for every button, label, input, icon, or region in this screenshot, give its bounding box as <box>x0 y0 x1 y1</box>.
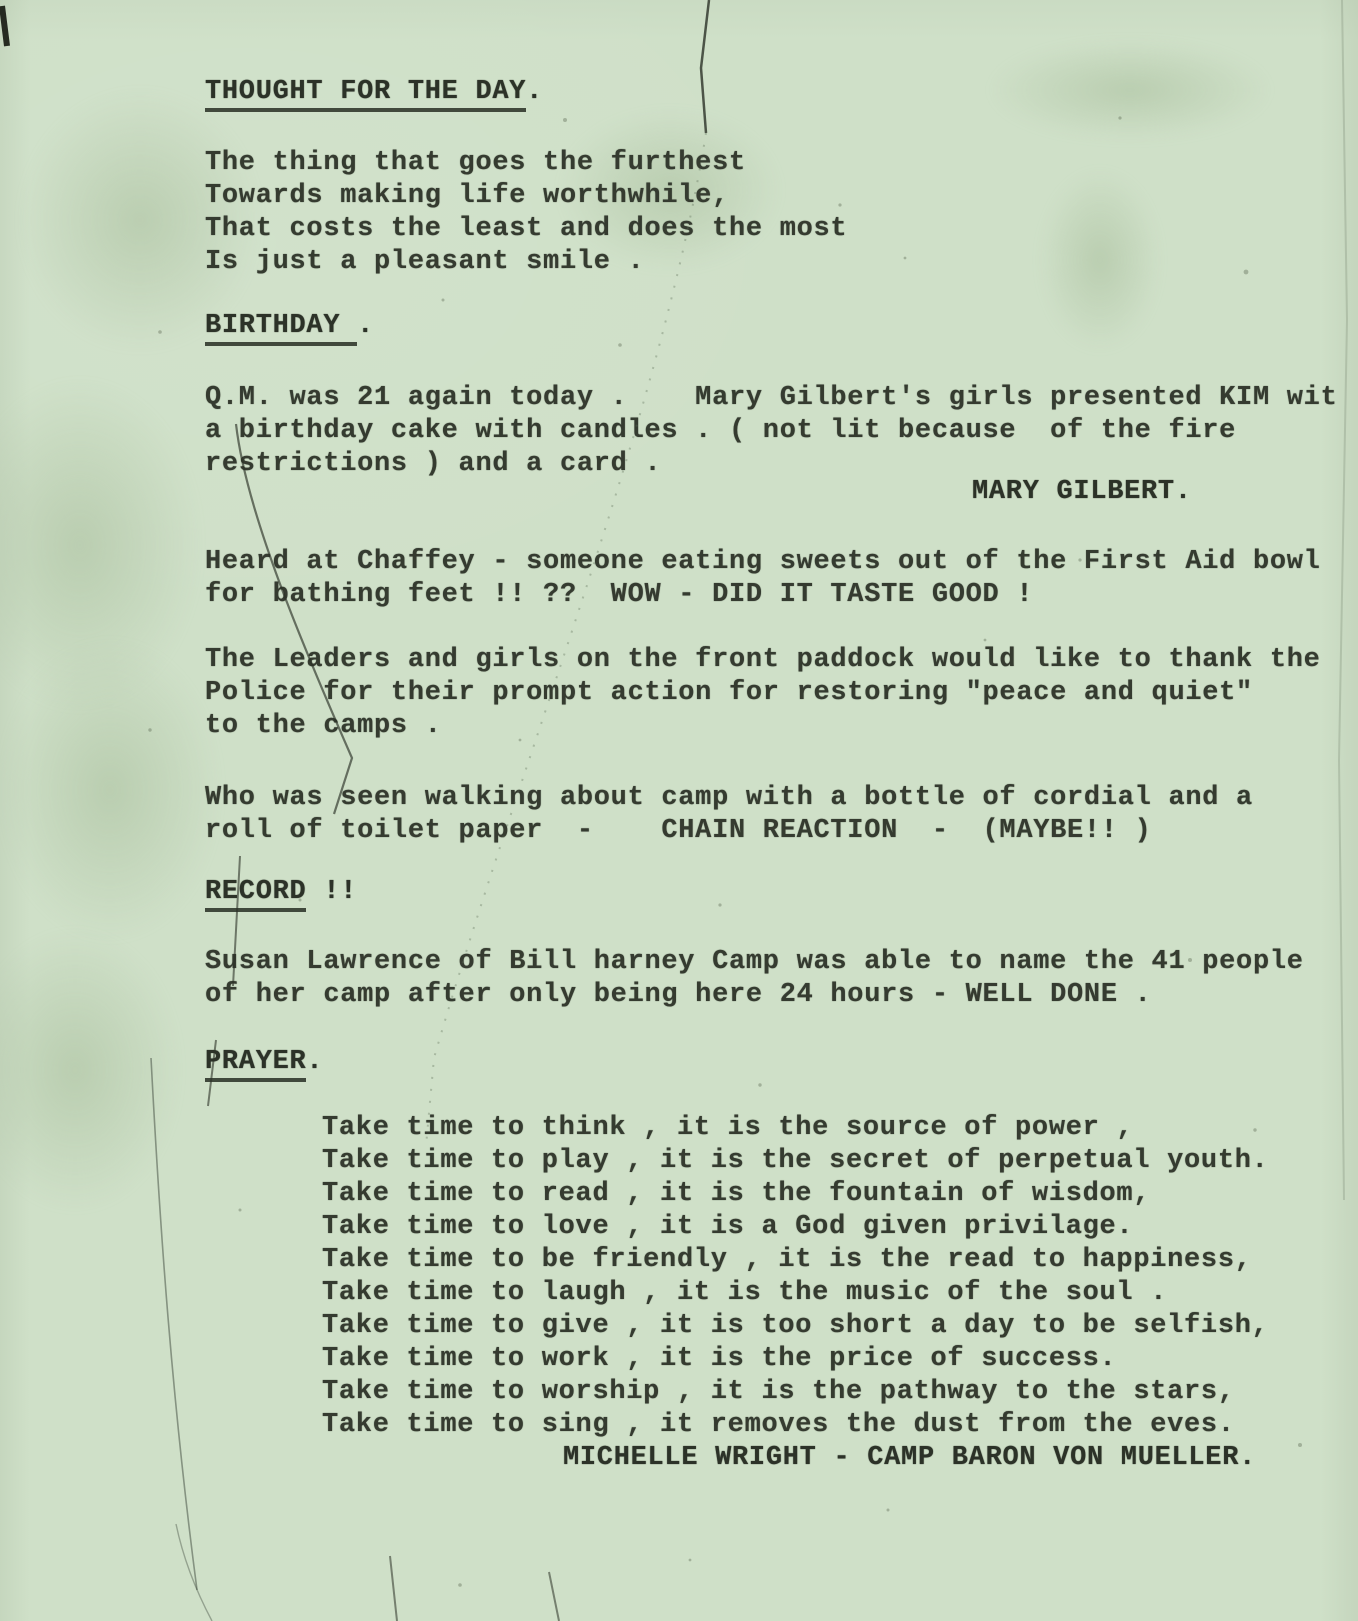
paragraph-line: of her camp after only being here 24 hou… <box>205 979 1304 1012</box>
edge-mark <box>2 6 7 46</box>
leaders-paragraph: The Leaders and girls on the front paddo… <box>205 644 1321 743</box>
section-heading-record: RECORD !! <box>205 876 357 909</box>
section-heading-prayer: PRAYER. <box>205 1046 323 1079</box>
prayer-poem: Take time to think , it is the source of… <box>322 1112 1269 1442</box>
paragraph-line: to the camps . <box>205 710 1321 743</box>
paragraph-line: Who was seen walking about camp with a b… <box>205 782 1253 815</box>
heading-trailing-text: . <box>306 1047 323 1077</box>
heard-paragraph: Heard at Chaffey - someone eating sweets… <box>205 546 1321 612</box>
poem-line: The thing that goes the furthest <box>205 147 847 180</box>
showthrough-ghost <box>0 380 200 710</box>
showthrough-ghost <box>0 640 220 940</box>
paragraph-line: a birthday cake with candles . ( not lit… <box>205 415 1337 448</box>
section-birthday: BIRTHDAY . <box>205 310 374 343</box>
showthrough-ghost <box>0 930 180 1210</box>
paragraph-line: Police for their prompt action for resto… <box>205 677 1321 710</box>
paragraph-line: Susan Lawrence of Bill harney Camp was a… <box>205 946 1304 979</box>
poem-line: Is just a pleasant smile . <box>205 246 847 279</box>
heading-trailing-text: !! <box>306 877 357 907</box>
thought-poem: The thing that goes the furthest Towards… <box>205 147 847 279</box>
poem-line: Take time to work , it is the price of s… <box>322 1343 1269 1376</box>
poem-line: Take time to be friendly , it is the rea… <box>322 1244 1269 1277</box>
heading-trailing-text: . <box>526 77 543 107</box>
paragraph-line: The Leaders and girls on the front paddo… <box>205 644 1321 677</box>
section-record: RECORD !! <box>205 876 357 909</box>
section-prayer: PRAYER. <box>205 1046 323 1079</box>
poem-line: Take time to sing , it removes the dust … <box>322 1409 1269 1442</box>
heading-trailing-text: . <box>357 311 374 341</box>
scanned-newsletter-page: { "page": { "background_color": "#cfe0c8… <box>0 0 1358 1621</box>
showthrough-ghost <box>1040 170 1160 350</box>
poem-line: Take time to read , it is the fountain o… <box>322 1178 1269 1211</box>
poem-line: Take time to worship , it is the pathway… <box>322 1376 1269 1409</box>
page-edge-line <box>1339 0 1347 1200</box>
scratch-line <box>236 424 352 814</box>
paragraph-line: Q.M. was 21 again today . Mary Gilbert's… <box>205 382 1337 415</box>
section-heading-thought: THOUGHT FOR THE DAY. <box>205 76 543 109</box>
section-thought: THOUGHT FOR THE DAY. <box>205 76 543 109</box>
cordial-paragraph: Who was seen walking about camp with a b… <box>205 782 1253 848</box>
poem-line: That costs the least and does the most <box>205 213 847 246</box>
poem-line: Take time to think , it is the source of… <box>322 1112 1269 1145</box>
poem-line: Take time to give , it is too short a da… <box>322 1310 1269 1343</box>
paragraph-line: for bathing feet !! ?? WOW - DID IT TAST… <box>205 579 1321 612</box>
section-heading-birthday: BIRTHDAY . <box>205 310 374 343</box>
scratch-line <box>151 1058 197 1590</box>
poem-line: Take time to play , it is the secret of … <box>322 1145 1269 1178</box>
showthrough-ghost <box>990 40 1270 140</box>
poem-line: Take time to laugh , it is the music of … <box>322 1277 1269 1310</box>
crease-mark <box>390 1556 559 1621</box>
signature-mary-gilbert: MARY GILBERT. <box>972 476 1192 509</box>
poem-line: Take time to love , it is a God given pr… <box>322 1211 1269 1244</box>
heading-underlined-text: PRAYER <box>205 1047 306 1082</box>
crease-mark <box>701 0 709 133</box>
poem-line: Towards making life worthwhile, <box>205 180 847 213</box>
heading-underlined-text: BIRTHDAY <box>205 311 357 346</box>
signature-michelle-wright: MICHELLE WRIGHT - CAMP BARON VON MUELLER… <box>563 1442 1256 1475</box>
scratch-line <box>176 1524 212 1621</box>
heading-underlined-text: THOUGHT FOR THE DAY <box>205 77 526 112</box>
record-paragraph: Susan Lawrence of Bill harney Camp was a… <box>205 946 1304 1012</box>
paragraph-line: roll of toilet paper - CHAIN REACTION - … <box>205 815 1253 848</box>
birthday-paragraph: Q.M. was 21 again today . Mary Gilbert's… <box>205 382 1337 481</box>
paragraph-line: Heard at Chaffey - someone eating sweets… <box>205 546 1321 579</box>
heading-underlined-text: RECORD <box>205 877 306 912</box>
